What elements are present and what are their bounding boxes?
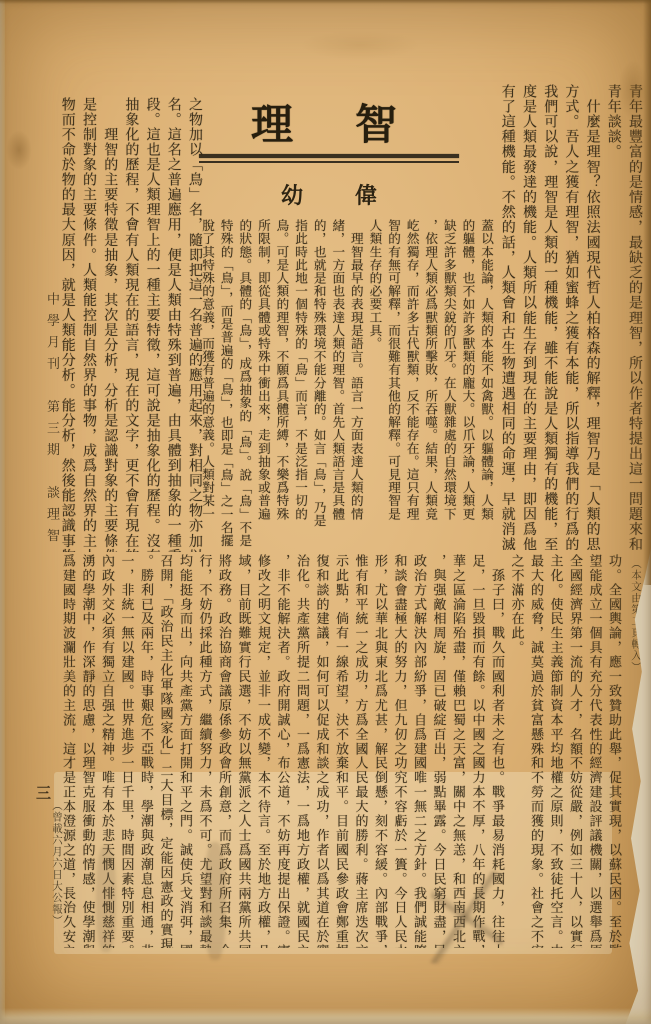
journal-margin-label: 中學月刊 第三期 談理智 bbox=[43, 292, 62, 550]
paper-stain bbox=[300, 30, 420, 60]
text-column: 。勝利已及兩年，時事艱危不亞戰時，學潮與政潮息息相通，非和平無以統 bbox=[137, 554, 157, 948]
source-note: （曾載六月六日大公報） bbox=[49, 800, 64, 927]
text-column: 將政務。政治協商會議原係參政會所創意，而爲政府所召集，今後和談之進 bbox=[215, 554, 235, 948]
text-column: 修改之明文規定，並非一成不變，本不待言。至於地方政權，凡有紛爭之區 bbox=[254, 554, 274, 948]
author-line: 謝幼偉 bbox=[229, 179, 429, 209]
text-column: 之物加以「鳥」名，隨即把這一名普遍的應用起來，對相同之物亦加以「鳥」 bbox=[184, 97, 205, 552]
text-column: 屹然獨存，而許多古代獸類，反不能存在。這只有理 bbox=[402, 219, 421, 551]
text-column: 華之區淪陷殆盡，僅賴巴蜀之天富，關中之無恙，和西南西北之山國腹地 bbox=[449, 554, 469, 948]
text-column: 段。這也是人類理智上的一種主要特徵，這可說是抽象化的歷程。沒有這種 bbox=[141, 97, 162, 552]
text-column: 主化。使民生主義節制資本平均地權之原則，不致徒托空言。中國目前民治 bbox=[546, 554, 566, 948]
text-column: 內政外交必須有獨立自强之精神。唯有本於悲天憫人悱惻慈祥的胸襟，在洶 bbox=[98, 554, 118, 948]
text-column: 之不滿亦在此。 bbox=[507, 554, 527, 948]
text-column: 蓋以本能論，人類的本能不如禽獸。以軀體論，人類 bbox=[476, 219, 495, 551]
page-title: 談理智 bbox=[199, 92, 459, 148]
text-column: 有了這種機能。不然的話，人類會和古生物遭遇相同的命運，早就消滅了。 bbox=[497, 84, 518, 550]
text-column: 什麼是理智？依照法國現代哲人柏格森的解釋，理智乃是「人類的思維 bbox=[581, 84, 602, 550]
page-edge-shadow bbox=[643, 0, 651, 585]
text-column: 抽象化的歷程，不會有人類現在的語言，現在的文字，更不會有現在的文化。 bbox=[120, 97, 141, 552]
text-column: 青年最豐富的是情感，最缺乏的是理智，所以作者特提出這一問題來和 bbox=[624, 84, 645, 550]
text-column: 功。全國輿論，應一致贊助此舉，促其實現，以蘇民困。至於監督用途，希 bbox=[605, 554, 625, 948]
paper-stain bbox=[6, 130, 32, 170]
scanned-magazine-page: 青年最豐富的是情感，最缺乏的是理智，所以作者特提出這一問題來和青年談談。 什麼是… bbox=[0, 0, 651, 1024]
text-column: 域，目前既難實行民選，不妨以無黨派之人士爲國共兩黨所共同信任者， bbox=[234, 554, 254, 948]
text-column: 鳥。可是人類的理智，不願爲具體所縛，不樂爲特殊 bbox=[272, 219, 291, 551]
title-divider-thin bbox=[199, 161, 459, 163]
text-column: 智的有無可解釋，而很難有其他的解釋。可見理智是 bbox=[383, 219, 402, 551]
text-column: 指此時此地一個特殊的「鳥」而言，不是泛指一切的 bbox=[290, 219, 309, 551]
text-column: 我們可以說，理智是人類的一種機能，雖不能說是人類獨有的機能，至低限 bbox=[539, 84, 560, 550]
text-column: 和談會盡極大的努力，但九仞之功究不容虧於一簣。今日人民水深火熱之情 bbox=[390, 554, 410, 948]
text-column: 形，尤以華北與東北爲尤甚，解民倒懸，刻不容緩。內部戰爭，雖勝亦敗。 bbox=[371, 554, 391, 948]
text-column: 特殊的「鳥」，而是普遍的「鳥」，也即是「鳥」之一名擺 bbox=[216, 219, 235, 551]
body-columns: 蓋以本能論，人類的本能不如禽獸。以軀體論，人類的軀體，也不如許多獸類的龐大。以爪… bbox=[196, 219, 495, 551]
text-column: 治化。共產黨所提二問題，一爲憲法，一爲地方政權，就國民之地位而觀 bbox=[293, 554, 313, 948]
article-header: 談理智 謝幼偉 bbox=[199, 92, 459, 209]
text-column: 最大的威脅，誠莫過於貧富懸殊和不勞而獲的現象。社會之不安在此，青年 bbox=[527, 554, 547, 948]
lower-columns: 功。全國輿論，應一致贊助此舉，促其實現，以蘇民困。至於監督用途，希望能成立一個具… bbox=[57, 554, 624, 948]
text-column: 復和談的建議，如何可以促成和談之成功，作者以爲其道在於實行國防之政 bbox=[312, 554, 332, 948]
text-column: 名。這名之普遍應用，便是人類由特殊到普遍，由具體到抽象的一種重要階 bbox=[163, 97, 184, 552]
left-columns: 之物加以「鳥」名，隨即把這一名普遍的應用起來，對相同之物亦加以「鳥」名。這名之普… bbox=[56, 97, 205, 552]
text-column: 青年談談。 bbox=[603, 84, 624, 550]
text-column: ，依理人類必爲獸類所擊敗，所吞噬。結果，人類竟 bbox=[421, 219, 440, 551]
text-column: 政治方式解決內部紛爭，自爲建國唯一無二之方針。我們誠能瞭解政府對 bbox=[410, 554, 430, 948]
text-column: ，非不能解決者。政府開誠心，布公道，不妨再度提出保證。憲法原有可 bbox=[273, 554, 293, 948]
page-edge-light bbox=[0, 0, 5, 1024]
text-column: 的軀體，也不如許多獸類的龐大。以爪牙論，人類更 bbox=[458, 219, 477, 551]
text-column: 一，非統一無以建國。世界進步一日千里，時間因素特別重要。中華民國 bbox=[117, 554, 137, 948]
text-column: 缺乏許多獸類尖銳的爪牙。在人獸雜處的自然環境下 bbox=[439, 219, 458, 551]
text-column: 所限制，即從具體或特殊中衝出來，走到抽象或普遍 bbox=[253, 219, 272, 551]
text-column: 足，一旦毀損而有餘。以中國之國力本不厚，八年的長期作戰，沿江沿海精 bbox=[468, 554, 488, 948]
text-column: 均能挺身而出，向共產黨方面打開和平之門。誠使兵戈消弭，國民大會再 bbox=[176, 554, 196, 948]
article-title: 談理智 bbox=[199, 92, 459, 148]
text-column: 理智最早的表現是語言。語言一方面表達人類的情 bbox=[346, 219, 365, 551]
text-column: 度是人類最發達的機能。人類所以能生存到現在的主要理由，即因爲他們獲 bbox=[518, 84, 539, 550]
text-column: 全國經濟界第一流的人才，名額不妨從嚴，例如三十人，以實行經濟上之民 bbox=[566, 554, 586, 948]
text-column: 的狀態。具體的「鳥」，成爲抽象的「鳥」。說「鳥」不是 bbox=[235, 219, 254, 551]
text-column: 方式。吾人之獲有理智，猶如蜜蜂之獲有本能，所以指導我們的行爲的」。 bbox=[560, 84, 581, 550]
text-column: 示此點，倘有一線希望，決不放棄和平。目前國民參政會鄭重提出無條件恢 bbox=[332, 554, 352, 948]
page-number: 三 bbox=[36, 782, 51, 803]
text-column: 人類生存的必要工具。 bbox=[365, 219, 384, 551]
text-column: 湧的學潮中，作深靜的思慮，以理智克服衝動的情感，使學潮與政潮一轉移 bbox=[78, 554, 98, 948]
text-column: 緒，一方面也表達人類的理智。首先人類語言是具體 bbox=[328, 219, 347, 551]
torn-edge bbox=[0, 1008, 651, 1024]
page-edge-shadow bbox=[0, 0, 651, 4]
intro-columns: 青年最豐富的是情感，最缺乏的是理智，所以作者特提出這一問題來和青年談談。 什麼是… bbox=[495, 84, 645, 550]
text-column: 召開，「政治民主化軍隊國家化」二大目標，定能因憲政的實現而付之實施 bbox=[156, 554, 176, 948]
title-divider bbox=[199, 154, 459, 158]
text-column: 的，也就是和特殊環境不能分離的。如言「鳥」，乃是 bbox=[309, 219, 328, 551]
text-column: 理智的主要特徵是抽象，其次是分析，分析是認識對象的主要條件，也 bbox=[99, 97, 120, 552]
text-column: 行，不妨仍採此種方式，繼續努力，未爲不可。尤望對和談最熱心之人士 bbox=[195, 554, 215, 948]
text-column: 孫子曰，戰久而國利者未之有也。戰爭最易消耗國力，往往十年經營之不 bbox=[488, 554, 508, 948]
text-column: ，與强敵相周旋，固已破綻百出，弱點畢露。今日民窮財盡，民困深矣，以 bbox=[429, 554, 449, 948]
author-name: 謝幼偉 bbox=[229, 179, 429, 209]
text-column: 是控制對象的主要條件。人類能控制自然界的事物，成爲自然界的主人，命 bbox=[78, 97, 99, 552]
text-column: 惟有和平統一之成功，方爲全國人民最大的勝利。蔣主席迭次文告，早已揭 bbox=[351, 554, 371, 948]
text-column: 望能成立一個具有充分代表性的經濟建設評議機關，以選舉爲原則，羅致 bbox=[585, 554, 605, 948]
